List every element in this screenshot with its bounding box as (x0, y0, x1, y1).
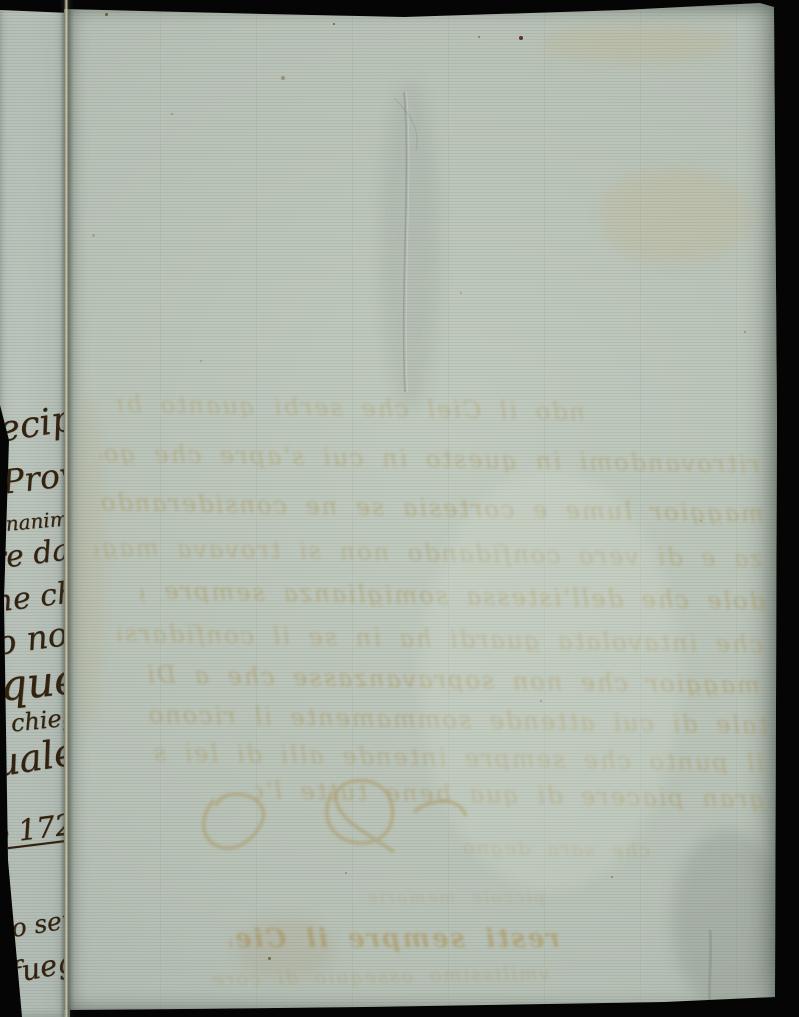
bleed-through-line: ndo il Ciel che serbi quanto brama l'A (115, 392, 585, 424)
bleed-through-line: resti sempre il Cielo (230, 926, 560, 952)
foxing-speck (281, 76, 285, 80)
paper-stain (672, 830, 782, 1010)
foxing-speck (519, 36, 523, 40)
foxing-speck (268, 957, 271, 960)
bleed-through-line: gran piacere di qua bene tutte l'ossequi… (255, 779, 765, 812)
bleed-through-line: tale di cui attende sommamente il ricono… (150, 703, 768, 738)
bleed-through-line: che sara degno (420, 838, 650, 861)
paper-stain (74, 400, 102, 730)
bleed-through-line: maggior che non sopravanzasse che a Dio … (148, 663, 760, 698)
bleed-through-layer: ndo il Ciel che serbi quanto brama l'Ari… (0, 0, 799, 1017)
bleed-through-line: za e di vero confidando non si trovava m… (95, 535, 763, 571)
foxing-speck (611, 876, 613, 878)
foxing-speck (345, 872, 347, 874)
verso-page: ndo il Ciel che serbi quanto brama l'Ari… (64, 0, 778, 1017)
foxing-speck (478, 36, 480, 38)
bleed-through-line: maggior lume e cortesia se ne consideran… (92, 490, 764, 526)
bleed-through-line: il punto che sempre intende alli di lei … (152, 741, 764, 776)
facing-page-strip: ecipeProvagnanimitare dallehe cheo nonqu… (0, 0, 70, 1017)
foxing-speck (333, 23, 335, 25)
foxing-speck (540, 700, 542, 702)
bleed-through-line: ritrovandomi in questo in cui s'apre che… (100, 441, 760, 477)
paper-stain (600, 168, 750, 263)
foxing-speck (92, 234, 95, 237)
bleed-through-line: vmilissimo ossequio di core (150, 965, 550, 991)
manuscript-scan: ecipeProvagnanimitare dallehe cheo nonqu… (0, 0, 799, 1017)
foxing-speck (105, 13, 108, 16)
foxing-speck (460, 292, 462, 294)
paper-stain (540, 26, 730, 62)
foxing-speck (744, 331, 746, 333)
foxing-speck (200, 360, 202, 362)
bleed-through-line: piccole memorie (275, 890, 545, 907)
bleed-through-line: dole che dell'istessa somiglianza sempre… (140, 579, 765, 614)
paper-stain (380, 80, 440, 410)
foxing-speck (171, 113, 173, 115)
bleed-through-line: che intavolata guardi ha in se il confid… (118, 621, 763, 656)
